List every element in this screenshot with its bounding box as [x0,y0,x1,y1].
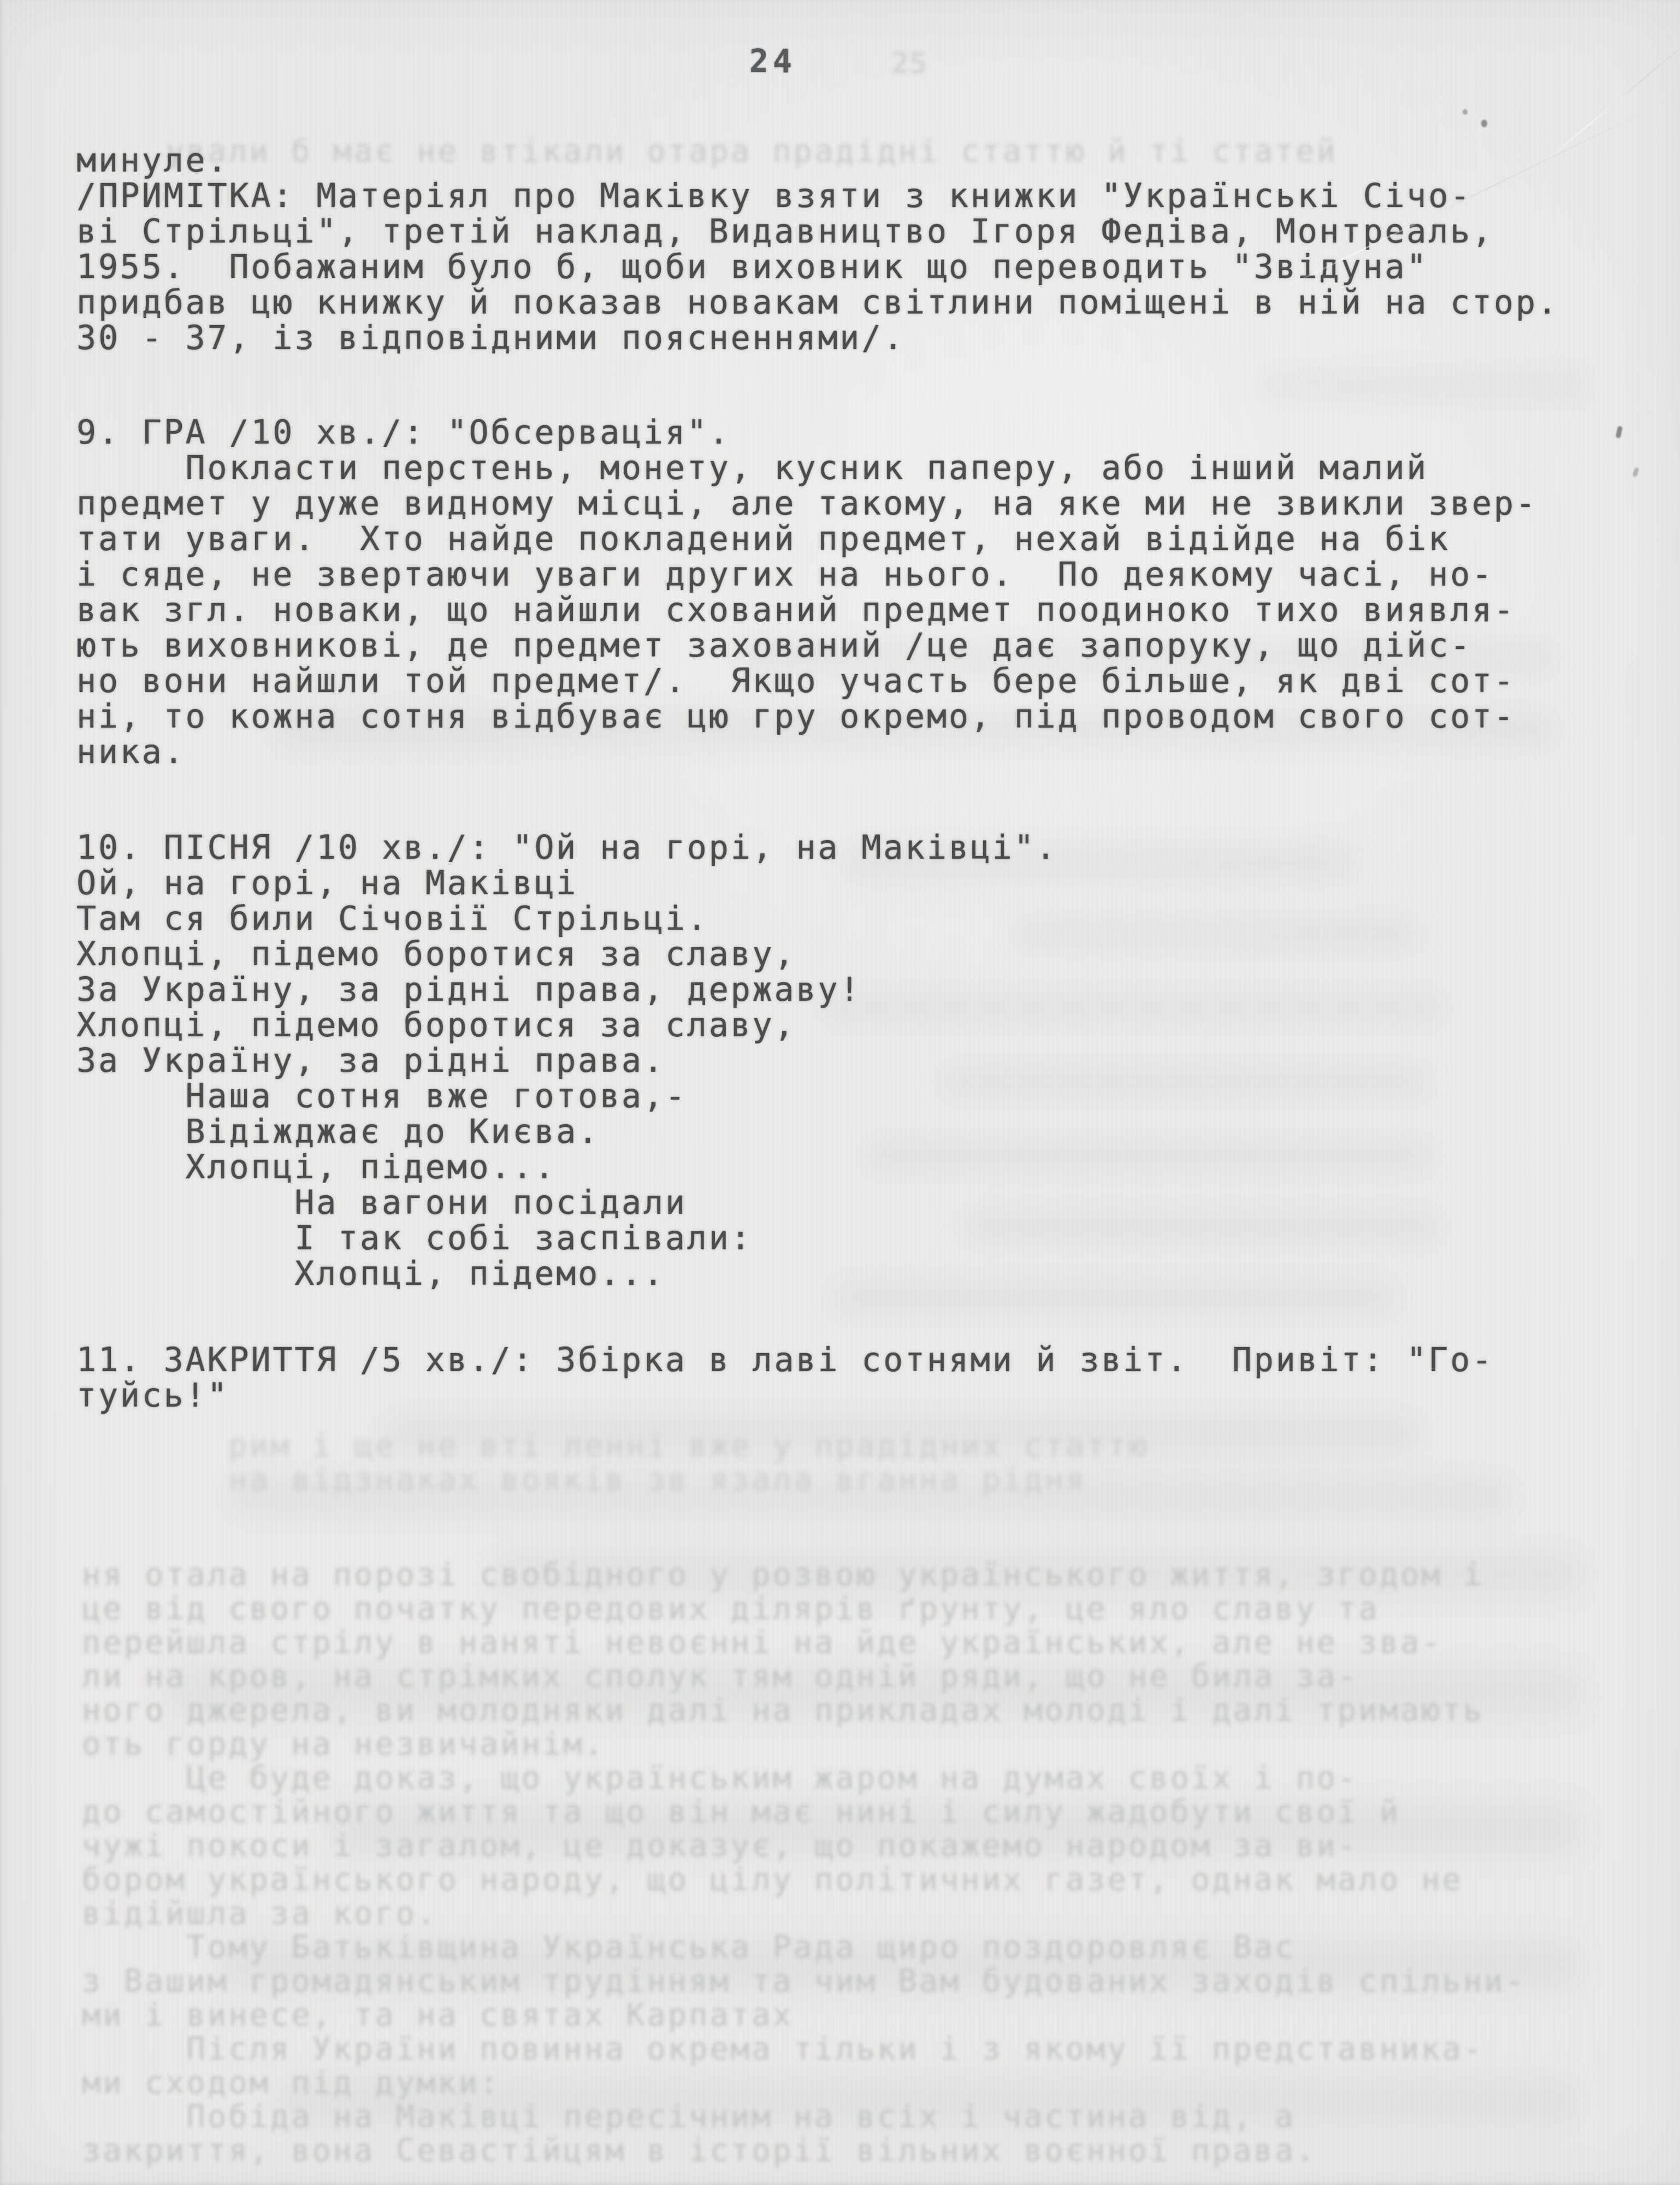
text-line: Хлопці, підемо... [76,1150,1058,1185]
text-line: /ПРИМІТКА: Матеріял про Маківку взяти з … [76,179,1559,214]
text-line: ного джерела, ви молодняки далі на прикл… [82,1693,1526,1727]
text-line: ні, то кожна сотня відбуває цю гру окрем… [76,699,1537,735]
bleedthrough-text-mid: рим і ще не вті ленні вже у прадідних ст… [82,1429,1149,1497]
section-9-game: 9. ГРА /10 хв./: "Обсервація". Покласти … [76,415,1537,770]
text-line: бором українського народу, що цілу політ… [82,1863,1526,1897]
text-line: на відзнаках вояків зв язала вганна рідн… [82,1463,1149,1497]
text-line: Ой, на горі, на Маківці [76,866,1058,901]
text-line: На вагони посідали [76,1185,1058,1221]
text-line: рим і ще не вті ленні вже у прадідних ст… [82,1429,1149,1463]
text-line: ли на кров, на стрімких сполук тям одній… [82,1660,1526,1693]
text-line: 11. ЗАКРИТТЯ /5 хв./: Збірка в лаві сотн… [76,1343,1494,1378]
text-line: це від свого початку передових ділярів ґ… [82,1592,1526,1626]
scanned-typewritten-page: ували б має не втікали отара прадідні ст… [0,0,1680,2185]
text-line: Побіда на Маківці пересічним на всіх і ч… [82,2100,1526,2134]
text-line: туйсь!" [76,1378,1494,1414]
text-line: но вони найшли той предмет/. Якщо участь… [76,664,1537,699]
text-line: Хлопці, підемо боротися за славу, [76,1008,1058,1043]
bleedthrough-text-lower: ня отала на порозі свобідного у розвою у… [82,1558,1526,2168]
text-line: 9. ГРА /10 хв./: "Обсервація". [76,415,1537,451]
text-line: І так собі заспівали: [76,1221,1058,1256]
text-line: вак згл. новаки, що найшли схований пред… [76,593,1537,628]
text-line: Хлопці, підемо боротися за славу, [76,937,1058,972]
bleedthrough-smudge [1256,371,1584,400]
text-line: відійшла за кого. [82,1897,1526,1930]
text-line: Хлопці, підемо... [76,1256,1058,1292]
text-line: Там ся били Січовії Стрільці. [76,901,1058,937]
text-line: ня отала на порозі свобідного у розвою у… [82,1558,1526,1592]
text-line: минуле. [76,143,1559,179]
text-line: Тому Батьківщина Українська Рада щиро по… [82,1930,1526,1964]
text-line: і сяде, не звертаючи уваги других на ньо… [76,557,1537,593]
text-line: ми сходом під думки: [82,2066,1526,2100]
text-line: ві Стрільці", третій наклад, Видавництво… [76,214,1559,250]
text-line: ми і винесе, та на святах Карпатах [82,1998,1526,2032]
text-line: Це буде доказ, що українським жаром на д… [82,1761,1526,1795]
text-line: ника. [76,735,1537,770]
ink-speck [1463,109,1468,115]
text-line: Покласти перстень, монету, кусник паперу… [76,451,1537,486]
text-line: чужі покоси і загалом, це доказує, що по… [82,1829,1526,1863]
text-line: Відіжджає до Києва. [76,1114,1058,1150]
text-line: до самостійного життя та що він має нині… [82,1795,1526,1829]
text-line: оть горду на незвичайнім. [82,1727,1526,1761]
page-number: 24 [749,43,796,80]
text-line: Наша сотня вже готова,- [76,1079,1058,1114]
ink-speck [1632,467,1640,477]
text-line: закриття, вона Севастійцям в історії віл… [82,2134,1526,2168]
section-11-closing: 11. ЗАКРИТТЯ /5 хв./: Збірка в лаві сотн… [76,1343,1494,1414]
text-line: 1955. Побажаним було б, щоби виховник що… [76,250,1559,285]
text-line: придбав цю книжку й показав новакам світ… [76,285,1559,321]
text-line: предмет у дуже видному місці, але такому… [76,486,1537,522]
text-line: тати уваги. Хто найде покладений предмет… [76,522,1537,557]
text-line: 30 - 37, із відповідними поясненнями/. [76,321,1559,356]
ink-speck [1616,426,1623,438]
text-line: За Україну, за рідні права, державу! [76,972,1058,1008]
section-10-song: 10. ПІСНЯ /10 хв./: "Ой на горі, на Макі… [76,830,1058,1292]
bleedthrough-smudge [1010,918,1420,950]
text-line: За Україну, за рідні права. [76,1043,1058,1079]
section-note-makivka: минуле./ПРИМІТКА: Матеріял про Маківку в… [76,143,1559,356]
text-line: ють виховникові, де предмет захований /ц… [76,628,1537,664]
text-line: 10. ПІСНЯ /10 хв./: "Ой на горі, на Макі… [76,830,1058,866]
ink-speck [1481,120,1487,127]
text-line: Після України повинна окрема тільки і з … [82,2032,1526,2066]
ghost-page-number: 25 [891,46,927,80]
text-line: перейшла стрілу в наняті невоєнні на йде… [82,1626,1526,1660]
text-line: з Вашим громадянським трудінням та чим В… [82,1964,1526,1998]
